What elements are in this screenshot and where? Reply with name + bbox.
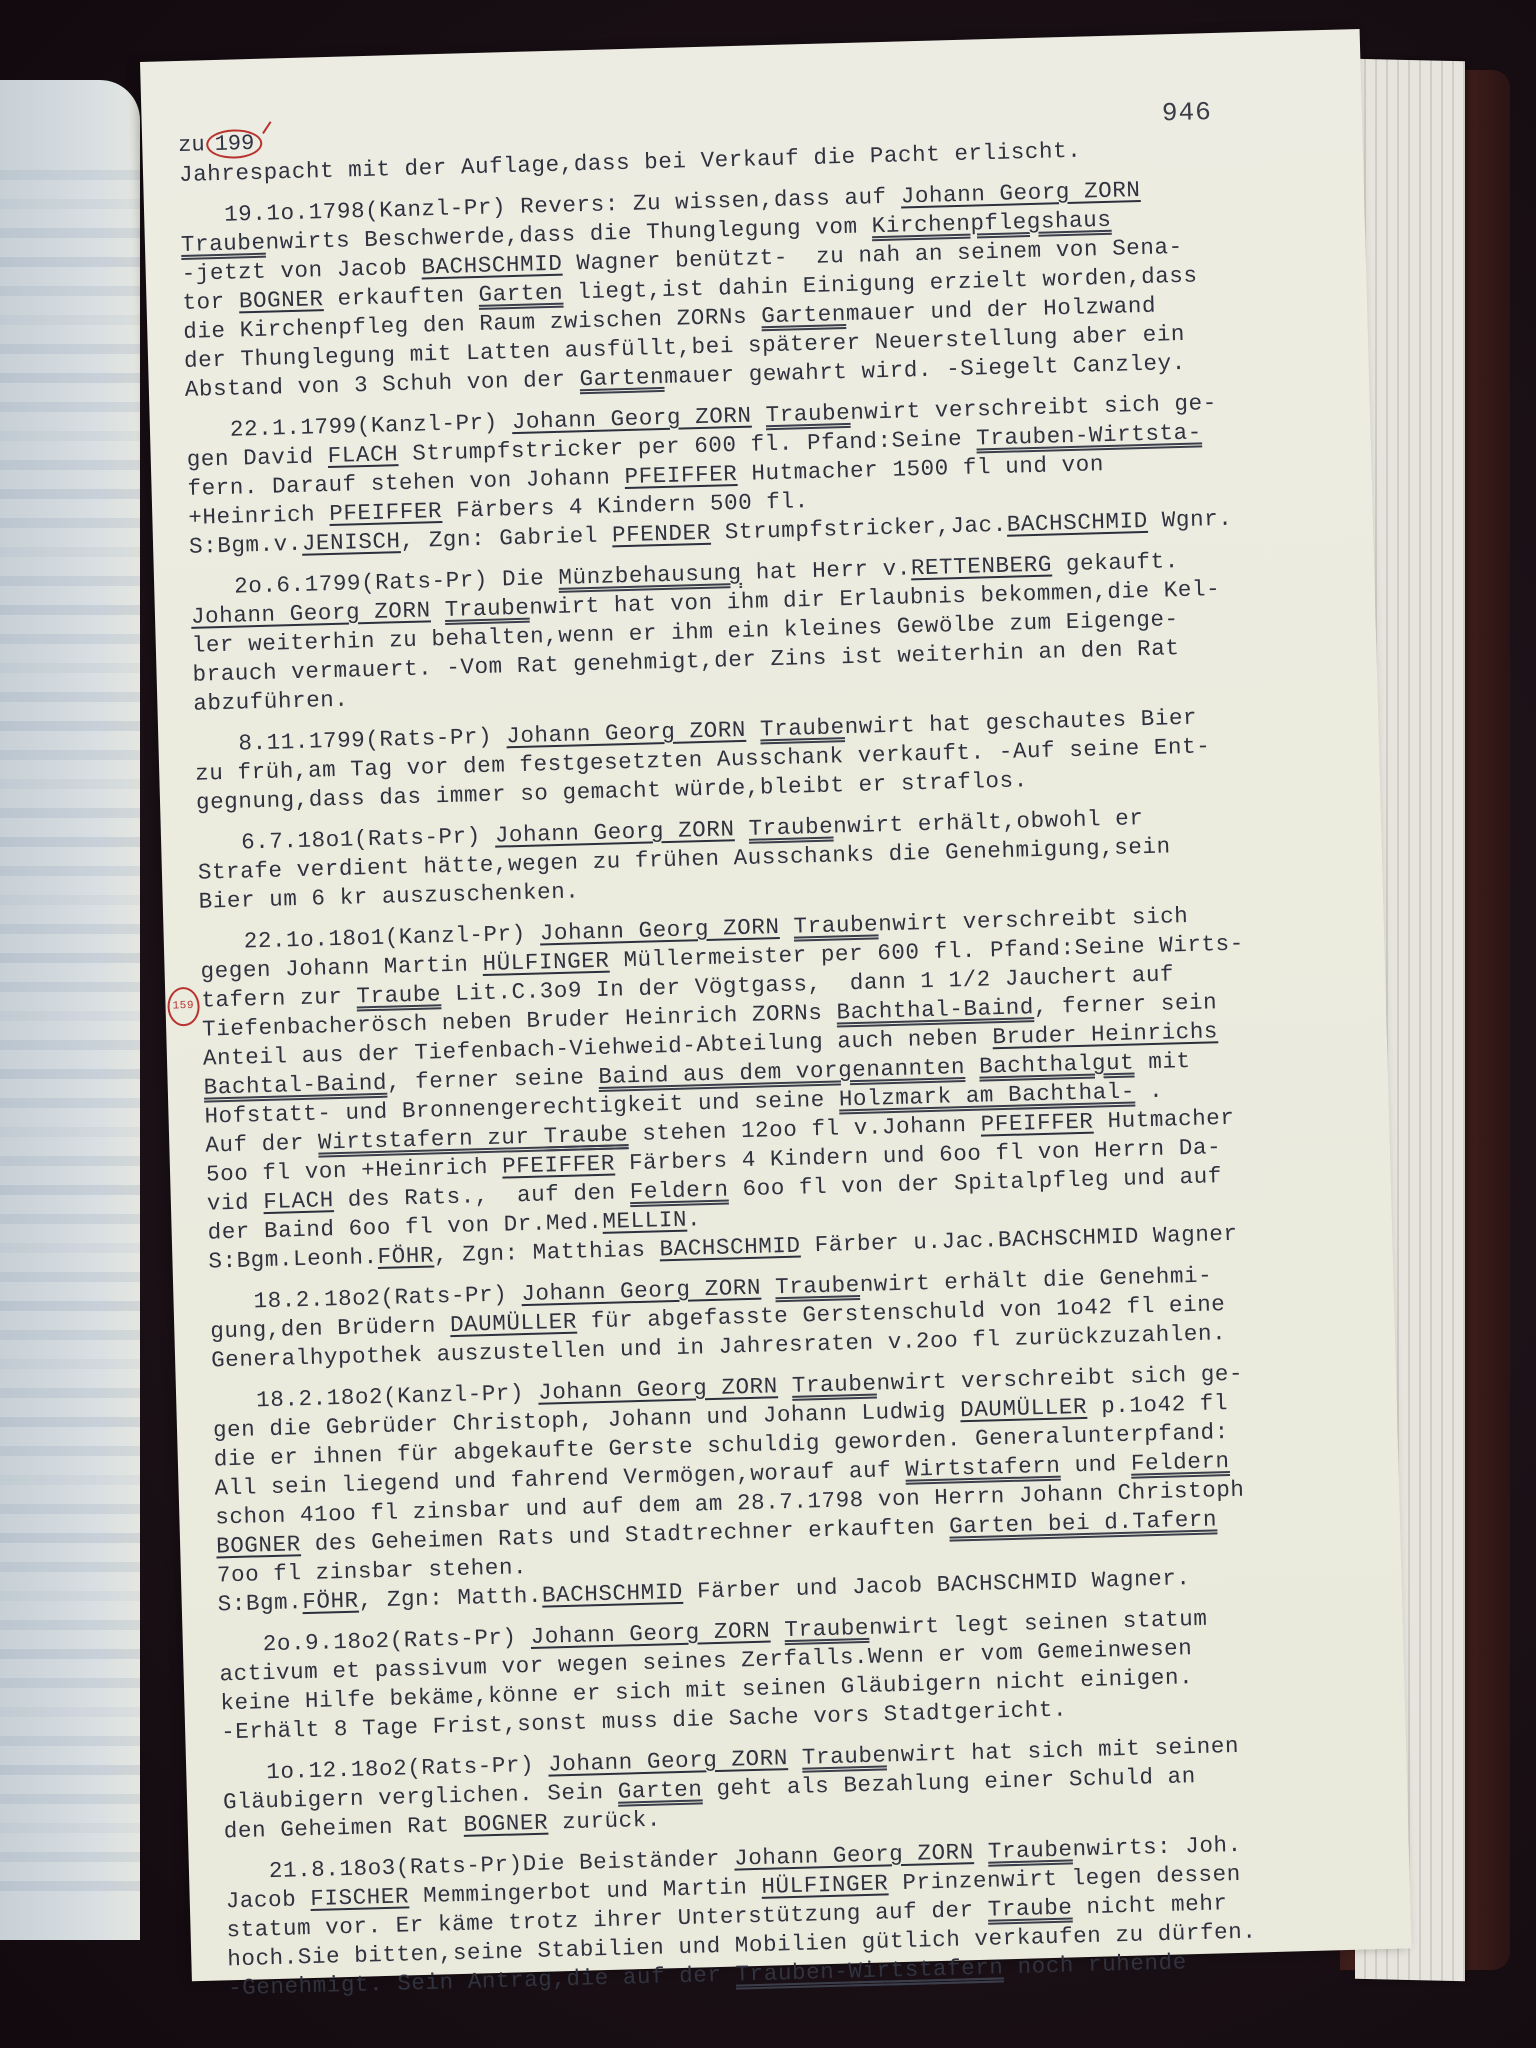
show-through-text bbox=[0, 1446, 140, 1456]
show-through-text bbox=[0, 1765, 140, 1775]
show-through-text bbox=[0, 924, 140, 934]
show-through-text bbox=[0, 1069, 140, 1079]
show-through-text bbox=[0, 344, 140, 354]
show-through-text bbox=[0, 1330, 140, 1340]
show-through-text bbox=[0, 895, 140, 905]
reference-number-circled: 199 bbox=[206, 129, 262, 159]
show-through-text bbox=[0, 1475, 140, 1485]
facing-left-page bbox=[0, 80, 140, 1940]
show-through-text bbox=[0, 1214, 140, 1224]
show-through-text bbox=[0, 953, 140, 963]
show-through-text bbox=[0, 1852, 140, 1862]
show-through-text bbox=[0, 1156, 140, 1166]
show-through-text bbox=[0, 286, 140, 296]
show-through-text bbox=[0, 1185, 140, 1195]
show-through-text bbox=[0, 1388, 140, 1398]
show-through-text bbox=[0, 1707, 140, 1717]
show-through-text bbox=[0, 170, 140, 180]
show-through-text bbox=[0, 431, 140, 441]
show-through-text bbox=[0, 1504, 140, 1514]
show-through-text bbox=[0, 663, 140, 673]
margin-annotation-circled: 159 bbox=[167, 987, 200, 1027]
show-through-text bbox=[0, 837, 140, 847]
show-through-text bbox=[0, 228, 140, 238]
show-through-text bbox=[0, 750, 140, 760]
show-through-text bbox=[0, 1794, 140, 1804]
show-through-text bbox=[0, 518, 140, 528]
show-through-text bbox=[0, 1098, 140, 1108]
show-through-text bbox=[0, 1272, 140, 1282]
show-through-text bbox=[0, 1649, 140, 1659]
show-through-text bbox=[0, 982, 140, 992]
page-body: zu199 Jahrespacht mit der Auflage,dass b… bbox=[178, 99, 1398, 2003]
show-through-text bbox=[0, 373, 140, 383]
show-through-text bbox=[0, 315, 140, 325]
show-through-text bbox=[0, 1533, 140, 1543]
show-through-text bbox=[0, 460, 140, 470]
show-through-text bbox=[0, 1562, 140, 1572]
show-through-text bbox=[0, 1359, 140, 1369]
show-through-text bbox=[0, 779, 140, 789]
show-through-text bbox=[0, 1301, 140, 1311]
show-through-text bbox=[0, 257, 140, 267]
typed-text-lines: Jahrespacht mit der Auflage,dass bei Ver… bbox=[179, 129, 1398, 2003]
show-through-text bbox=[0, 489, 140, 499]
show-through-text bbox=[0, 1127, 140, 1137]
show-through-text bbox=[0, 199, 140, 209]
show-through-text bbox=[0, 808, 140, 818]
show-through-text bbox=[0, 1243, 140, 1253]
reference-prefix: zu bbox=[178, 132, 205, 158]
show-through-text bbox=[0, 692, 140, 702]
show-through-text bbox=[0, 866, 140, 876]
show-through-text bbox=[0, 721, 140, 731]
show-through-text bbox=[0, 605, 140, 615]
show-through-text bbox=[0, 576, 140, 586]
show-through-text bbox=[0, 1823, 140, 1833]
show-through-text bbox=[0, 1620, 140, 1630]
document-page: 946 zu199 Jahrespacht mit der Auflage,da… bbox=[140, 29, 1411, 1981]
show-through-text bbox=[0, 1678, 140, 1688]
show-through-text bbox=[0, 1417, 140, 1427]
show-through-text bbox=[0, 1040, 140, 1050]
show-through-text bbox=[0, 1881, 140, 1891]
show-through-text bbox=[0, 1591, 140, 1601]
show-through-text bbox=[0, 547, 140, 557]
show-through-text bbox=[0, 634, 140, 644]
show-through-text bbox=[0, 402, 140, 412]
show-through-text bbox=[0, 1011, 140, 1021]
show-through-text bbox=[0, 1736, 140, 1746]
